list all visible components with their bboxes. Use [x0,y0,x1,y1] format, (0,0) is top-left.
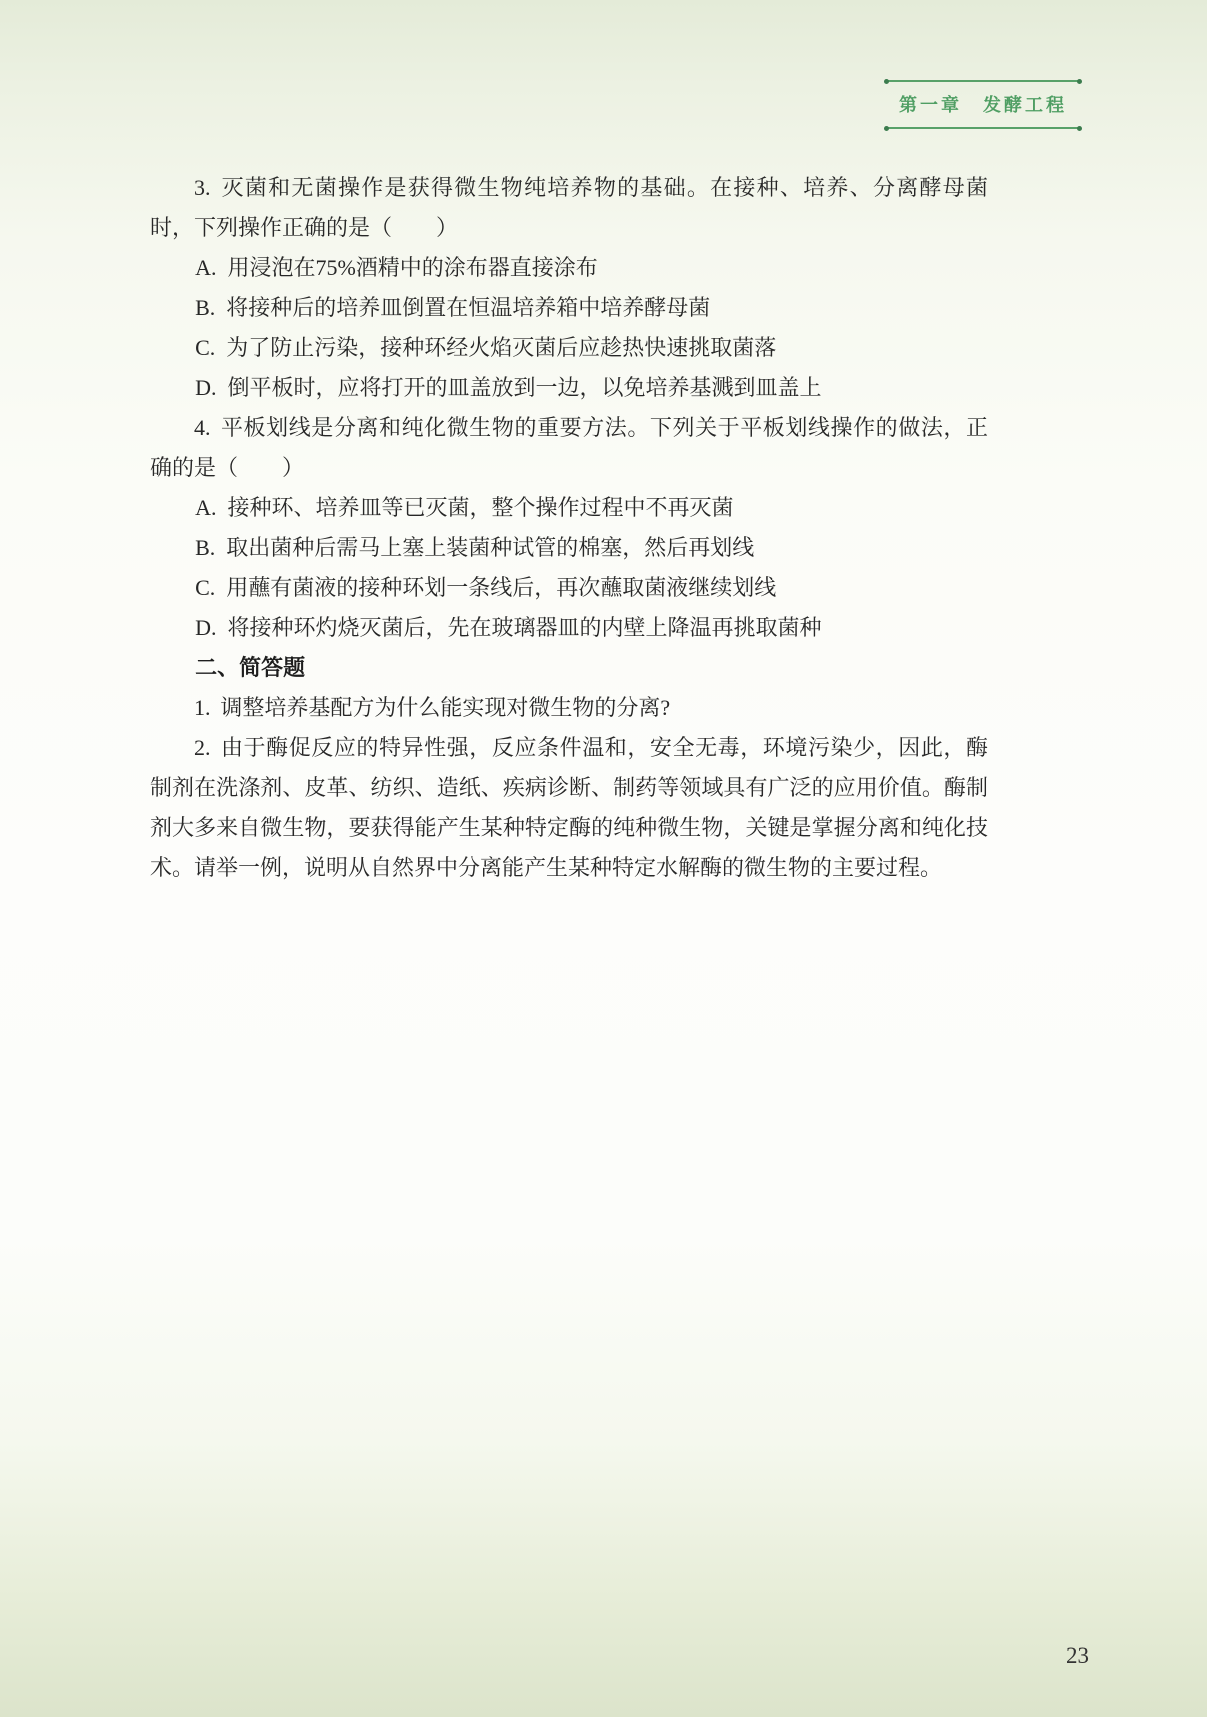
option-label: C. [195,335,215,360]
question-4-option-a: A.接种环、培养皿等已灭菌，整个操作过程中不再灭菌 [150,488,988,528]
option-text: 将接种环灼烧灭菌后，先在玻璃器皿的内壁上降温再挑取菌种 [227,615,821,640]
option-text: 取出菌种后需马上塞上装菌种试管的棉塞，然后再划线 [226,535,754,560]
question-4-stem: 4.平板划线是分离和纯化微生物的重要方法。下列关于平板划线操作的做法，正确的是（… [150,408,988,488]
option-label: D. [195,615,216,640]
header-rule-bottom [886,127,1080,129]
option-text: 倒平板时，应将打开的皿盖放到一边，以免培养基溅到皿盖上 [227,375,821,400]
option-label: D. [195,375,216,400]
question-4-option-c: C.用蘸有菌液的接种环划一条线后，再次蘸取菌液继续划线 [150,568,988,608]
item-number: 2. [194,735,211,760]
question-number: 3. [194,175,211,200]
rule-dot-icon [1077,126,1082,131]
question-4-option-d: D.将接种环灼烧灭菌后，先在玻璃器皿的内壁上降温再挑取菌种 [150,608,988,648]
chapter-header: 第一章 发酵工程 [886,80,1080,129]
exercise-content: 3.灭菌和无菌操作是获得微生物纯培养物的基础。在接种、培养、分离酵母菌时，下列操… [150,168,988,888]
short-answer-item-2: 2.由于酶促反应的特异性强，反应条件温和，安全无毒，环境污染少，因此，酶制剂在洗… [150,728,988,888]
question-text: 平板划线是分离和纯化微生物的重要方法。下列关于平板划线操作的做法，正确的是（ ） [150,415,988,480]
question-3-stem: 3.灭菌和无菌操作是获得微生物纯培养物的基础。在接种、培养、分离酵母菌时，下列操… [150,168,988,248]
page-number: 23 [1066,1643,1089,1669]
question-3-option-b: B.将接种后的培养皿倒置在恒温培养箱中培养酵母菌 [150,288,988,328]
option-text: 用浸泡在75%酒精中的涂布器直接涂布 [227,255,597,280]
item-number: 1. [194,695,211,720]
question-4-option-b: B.取出菌种后需马上塞上装菌种试管的棉塞，然后再划线 [150,528,988,568]
option-text: 用蘸有菌液的接种环划一条线后，再次蘸取菌液继续划线 [226,575,776,600]
option-label: C. [195,575,215,600]
question-number: 4. [194,415,211,440]
rule-dot-icon [884,79,889,84]
textbook-page: 第一章 发酵工程 3.灭菌和无菌操作是获得微生物纯培养物的基础。在接种、培养、分… [0,0,1207,1717]
rule-dot-icon [884,126,889,131]
question-3-option-c: C.为了防止污染，接种环经火焰灭菌后应趁热快速挑取菌落 [150,328,988,368]
option-label: B. [195,535,215,560]
question-3-option-a: A.用浸泡在75%酒精中的涂布器直接涂布 [150,248,988,288]
option-text: 将接种后的培养皿倒置在恒温培养箱中培养酵母菌 [226,295,710,320]
short-answer-item-1: 1.调整培养基配方为什么能实现对微生物的分离? [150,688,988,728]
chapter-title: 第一章 发酵工程 [886,82,1080,127]
item-text: 由于酶促反应的特异性强，反应条件温和，安全无毒，环境污染少，因此，酶制剂在洗涤剂… [150,735,988,880]
option-label: B. [195,295,215,320]
option-text: 为了防止污染，接种环经火焰灭菌后应趁热快速挑取菌落 [226,335,776,360]
rule-dot-icon [1077,79,1082,84]
header-rule-top [886,80,1080,82]
option-label: A. [195,495,216,520]
question-text: 灭菌和无菌操作是获得微生物纯培养物的基础。在接种、培养、分离酵母菌时，下列操作正… [150,175,988,240]
item-text: 调整培养基配方为什么能实现对微生物的分离? [220,695,670,720]
option-text: 接种环、培养皿等已灭菌，整个操作过程中不再灭菌 [227,495,733,520]
short-answer-section-title: 二、简答题 [150,648,988,688]
option-label: A. [195,255,216,280]
question-3-option-d: D.倒平板时，应将打开的皿盖放到一边，以免培养基溅到皿盖上 [150,368,988,408]
